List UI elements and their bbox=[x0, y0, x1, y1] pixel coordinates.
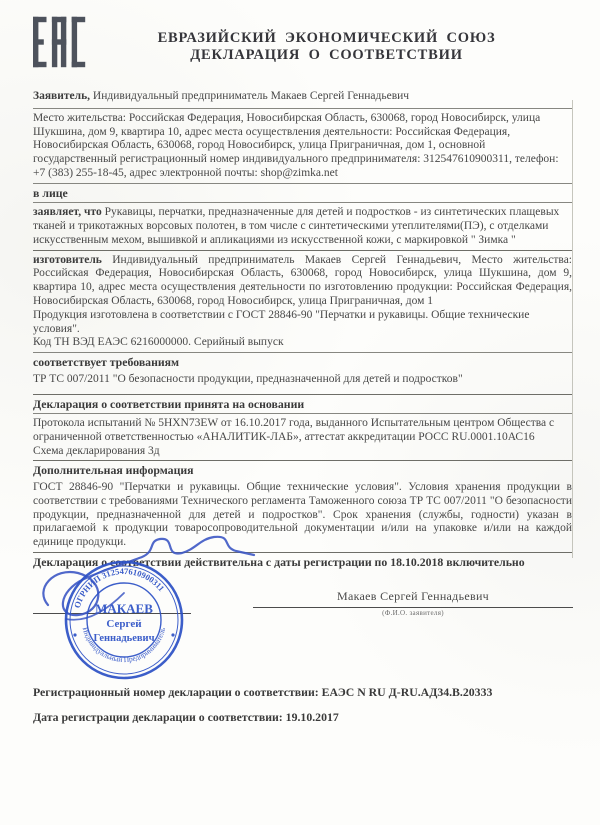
title-union: ЕВРАЗИЙСКИЙ ЭКОНОМИЧЕСКИЙ СОЮЗ bbox=[91, 30, 562, 47]
divider bbox=[33, 183, 572, 184]
divider bbox=[33, 202, 572, 203]
fio-name: Макаев Сергей Геннадьевич bbox=[253, 589, 573, 604]
applicant-line: Заявитель, Индивидуальный предпринимател… bbox=[33, 90, 572, 104]
conforms-text: ТР ТС 007/2011 "О безопасности продукции… bbox=[33, 373, 572, 387]
manufacturer-text: Индивидуальный предприниматель Макаев Се… bbox=[33, 254, 572, 307]
tnved-code: Код ТН ВЭД ЕАЭС 6216000000. Серийный вып… bbox=[33, 336, 572, 350]
declares-label: заявляет, что bbox=[33, 206, 102, 218]
divider bbox=[33, 394, 572, 395]
document-title-block: ЕВРАЗИЙСКИЙ ЭКОНОМИЧЕСКИЙ СОЮЗ ДЕКЛАРАЦИ… bbox=[91, 30, 572, 64]
section-basis: Декларация о соответствии принята на осн… bbox=[33, 398, 572, 412]
stamp-patronymic: Геннадьевич bbox=[93, 633, 154, 644]
stamp-firstname: Сергей bbox=[106, 618, 142, 630]
divider bbox=[33, 108, 572, 109]
scan-artifact-line bbox=[572, 100, 573, 558]
section-additional: Дополнительная информация bbox=[33, 464, 572, 478]
divider bbox=[33, 352, 572, 353]
section-conforms: соответствует требованиям bbox=[33, 356, 572, 370]
applicant-name: Индивидуальный предприниматель Макаев Се… bbox=[93, 90, 409, 102]
stamp-ring-entrepreneur: Индивидуальный Предприниматель bbox=[81, 626, 168, 664]
basis-text: Протокола испытаний № 5HXN73EW от 16.10.… bbox=[33, 417, 572, 445]
registration-date-line: Дата регистрации декларации о соответств… bbox=[33, 710, 572, 724]
basis-scheme: Схема декларирования 3д bbox=[33, 445, 572, 459]
divider bbox=[33, 250, 572, 251]
applicant-label: Заявитель, bbox=[33, 90, 90, 102]
stamp-surname: МАКАЕВ bbox=[95, 601, 153, 616]
manufacturer-paragraph: изготовитель Индивидуальный предпринимат… bbox=[33, 254, 572, 309]
production-note: Продукция изготовлена в соответствии с Г… bbox=[33, 309, 572, 337]
registration-number-line: Регистрационный номер декларации о соотв… bbox=[33, 685, 572, 699]
divider bbox=[33, 460, 572, 461]
signature-area: ОГРНИП 312547610900311 Индивидуальный Пр… bbox=[33, 569, 572, 677]
divider bbox=[33, 413, 572, 414]
svg-text:Индивидуальный Предприниматель: Индивидуальный Предприниматель bbox=[81, 626, 168, 664]
declaration-document: ЕВРАЗИЙСКИЙ ЭКОНОМИЧЕСКИЙ СОЮЗ ДЕКЛАРАЦИ… bbox=[0, 0, 600, 825]
manufacturer-label: изготовитель bbox=[33, 254, 102, 266]
section-in-person: в лице bbox=[33, 187, 572, 201]
fio-line bbox=[253, 607, 573, 608]
declares-text: Рукавицы, перчатки, предназначенные для … bbox=[33, 206, 559, 246]
declares-paragraph: заявляет, что Рукавицы, перчатки, предна… bbox=[33, 206, 572, 247]
title-declaration: ДЕКЛАРАЦИЯ О СООТВЕТСТВИИ bbox=[91, 47, 562, 64]
eac-logo-icon bbox=[33, 16, 91, 73]
fio-caption: (Ф.И.О. заявителя) bbox=[253, 609, 573, 617]
round-stamp: ОГРНИП 312547610900311 Индивидуальный Пр… bbox=[61, 557, 187, 683]
applicant-details: Место жительства: Российская Федерация, … bbox=[33, 112, 572, 181]
document-header: ЕВРАЗИЙСКИЙ ЭКОНОМИЧЕСКИЙ СОЮЗ ДЕКЛАРАЦИ… bbox=[33, 14, 572, 73]
fio-block: Макаев Сергей Геннадьевич (Ф.И.О. заявит… bbox=[253, 589, 573, 617]
